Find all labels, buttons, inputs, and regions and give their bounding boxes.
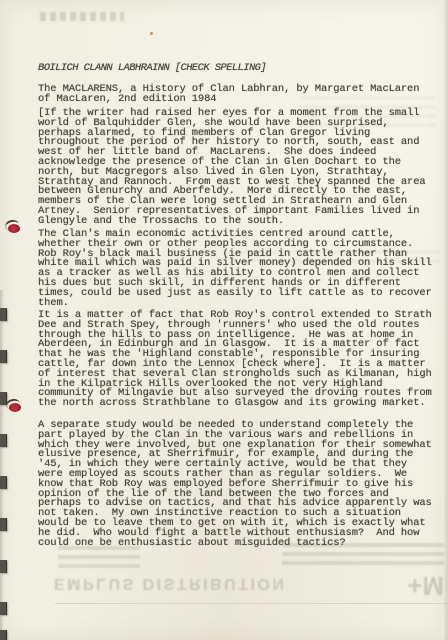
binding-hole	[0, 560, 7, 573]
ghost-showthrough-logo: M+	[396, 570, 444, 601]
ink-speck	[150, 32, 153, 35]
binding-hole	[0, 434, 7, 447]
document-byline: The MACLARENS, a History of Clan Labhran…	[38, 85, 419, 105]
binding-hole	[0, 350, 7, 363]
binding-hole	[0, 518, 7, 531]
paragraph-1: [If the writer had raised her eyes for a…	[38, 109, 426, 227]
binding-hole	[0, 630, 7, 640]
binding-hole	[0, 476, 7, 489]
faint-stamp-smudge	[40, 12, 124, 21]
red-grommet-dot	[9, 403, 21, 412]
paper-crease-line	[55, 603, 447, 604]
ghost-text-smudge	[58, 546, 140, 573]
paragraph-3: It is a matter of fact that Rob Roy's co…	[38, 311, 432, 409]
binding-hole	[0, 602, 7, 615]
paragraph-2: The Clan's main economic activities cent…	[38, 230, 432, 308]
paragraph-4: A separate study would be needed to unde…	[38, 421, 432, 548]
binding-hole	[0, 308, 7, 321]
red-grommet-dot	[8, 224, 20, 233]
page-edge-shadow	[0, 290, 4, 640]
scanned-document-page: BOILICH CLANN LABHRAINN [CHECK SPELLING]…	[0, 0, 447, 640]
document-title: BOILICH CLANN LABHRAINN [CHECK SPELLING]	[38, 64, 266, 74]
ghost-showthrough-text: EMPLUS DISTRIBUTION	[54, 574, 312, 592]
